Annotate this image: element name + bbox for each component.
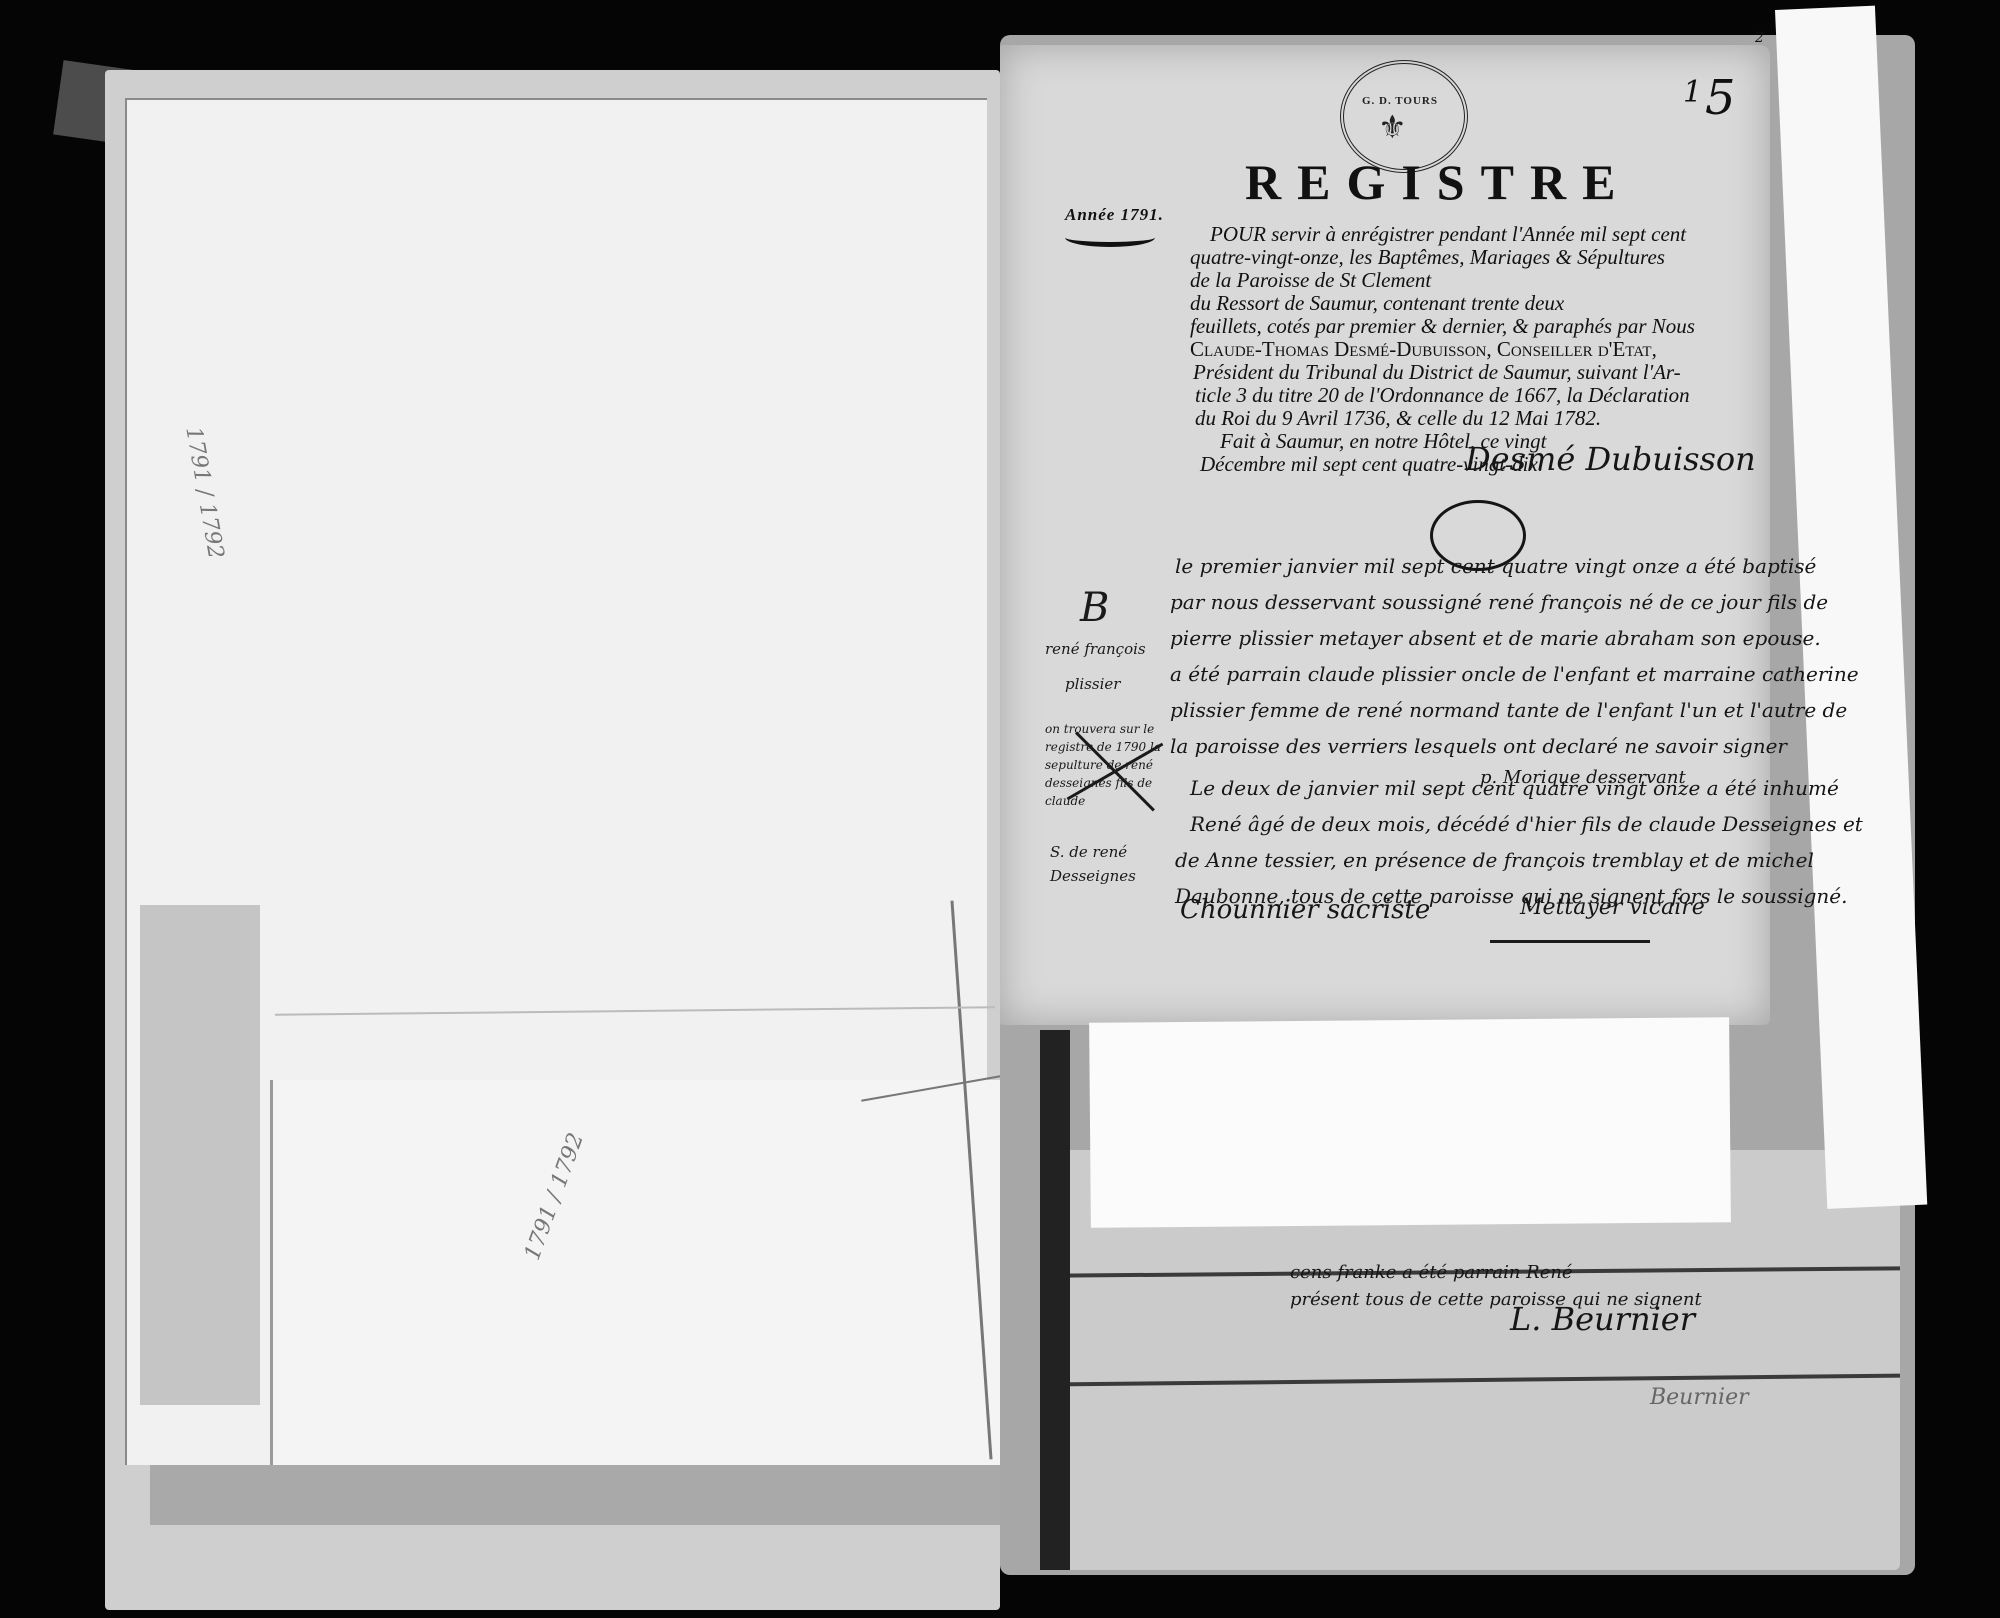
entry-line: le premier janvier mil sept cent quatre … [1175,548,1816,584]
printed-line: Président du Tribunal du District de Sau… [1193,360,1681,384]
printed-line: POUR servir à enrégistrer pendant l'Anné… [1210,222,1686,246]
signature-underline [1490,940,1650,943]
entry-line: par nous desservant soussigné rené franç… [1170,584,1828,620]
corner-number: 2 [1755,30,1764,46]
register-title: REGISTRE [1245,170,1631,194]
printed-line: de la Paroisse de St Clement [1190,268,1431,292]
folio-number: 1 [1683,75,1702,110]
printed-line: feuillets, cotés par premier & dernier, … [1190,314,1695,338]
entry-line: la paroisse des verriers lesquels ont de… [1170,728,1787,764]
printed-line: du Ressort de Saumur, contenant trente d… [1190,291,1564,315]
left-bottom-strip [150,1465,1050,1525]
spine-shadow [1040,1030,1070,1570]
vicar-signature: Mettayer vicaire [1520,895,1705,920]
printed-line: ticle 3 du titre 20 de l'Ordonnance de 1… [1195,383,1690,407]
stack-signature-faded: Beurnier [1650,1385,1749,1410]
seal-text: G. D. TOURS [1355,95,1445,107]
entry-type-marker: B [1080,585,1109,631]
folio-mark: 5 [1705,70,1736,126]
entry-line: plissier femme de rené normand tante de … [1170,692,1847,728]
entry-line: Le deux de janvier mil sept cent quatre … [1190,770,1839,806]
entry-line: de Anne tessier, en présence de françois… [1175,842,1814,878]
sacristan-signature: Chounnier sacriste [1180,895,1430,925]
entry-line: a été parrain claude plissier oncle de l… [1170,656,1859,692]
official-signature: Desmé Dubuisson [1465,440,1756,478]
printed-line: Claude-Thomas Desmé-Dubuisson, Conseille… [1190,337,1657,361]
left-page-lower-sheet [270,1080,1038,1470]
printed-line: du Roi du 9 Avril 1736, & celle du 12 Ma… [1195,406,1601,430]
left-repair-tape [140,905,260,1405]
fleur-de-lis-icon: ⚜ [1378,108,1407,146]
year-label: Année 1791. [1065,205,1164,225]
entry-line: pierre plissier metayer absent et de mar… [1170,620,1821,656]
stack-signature: L. Beurnier [1510,1300,1695,1338]
entry-line: René âgé de deux mois, décédé d'hier fil… [1190,806,1863,842]
brace-ornament [1065,228,1155,247]
crossed-margin-note: on trouvera sur le registre de 1790 la s… [1045,720,1165,810]
white-paper-insert [1089,1017,1731,1228]
printed-line: quatre-vingt-onze, les Baptêmes, Mariage… [1190,245,1665,269]
margin-burial-name: S. de rené Desseignes [1050,840,1140,888]
margin-surname: plissier [1065,675,1120,693]
margin-name: rené françois [1045,640,1146,658]
